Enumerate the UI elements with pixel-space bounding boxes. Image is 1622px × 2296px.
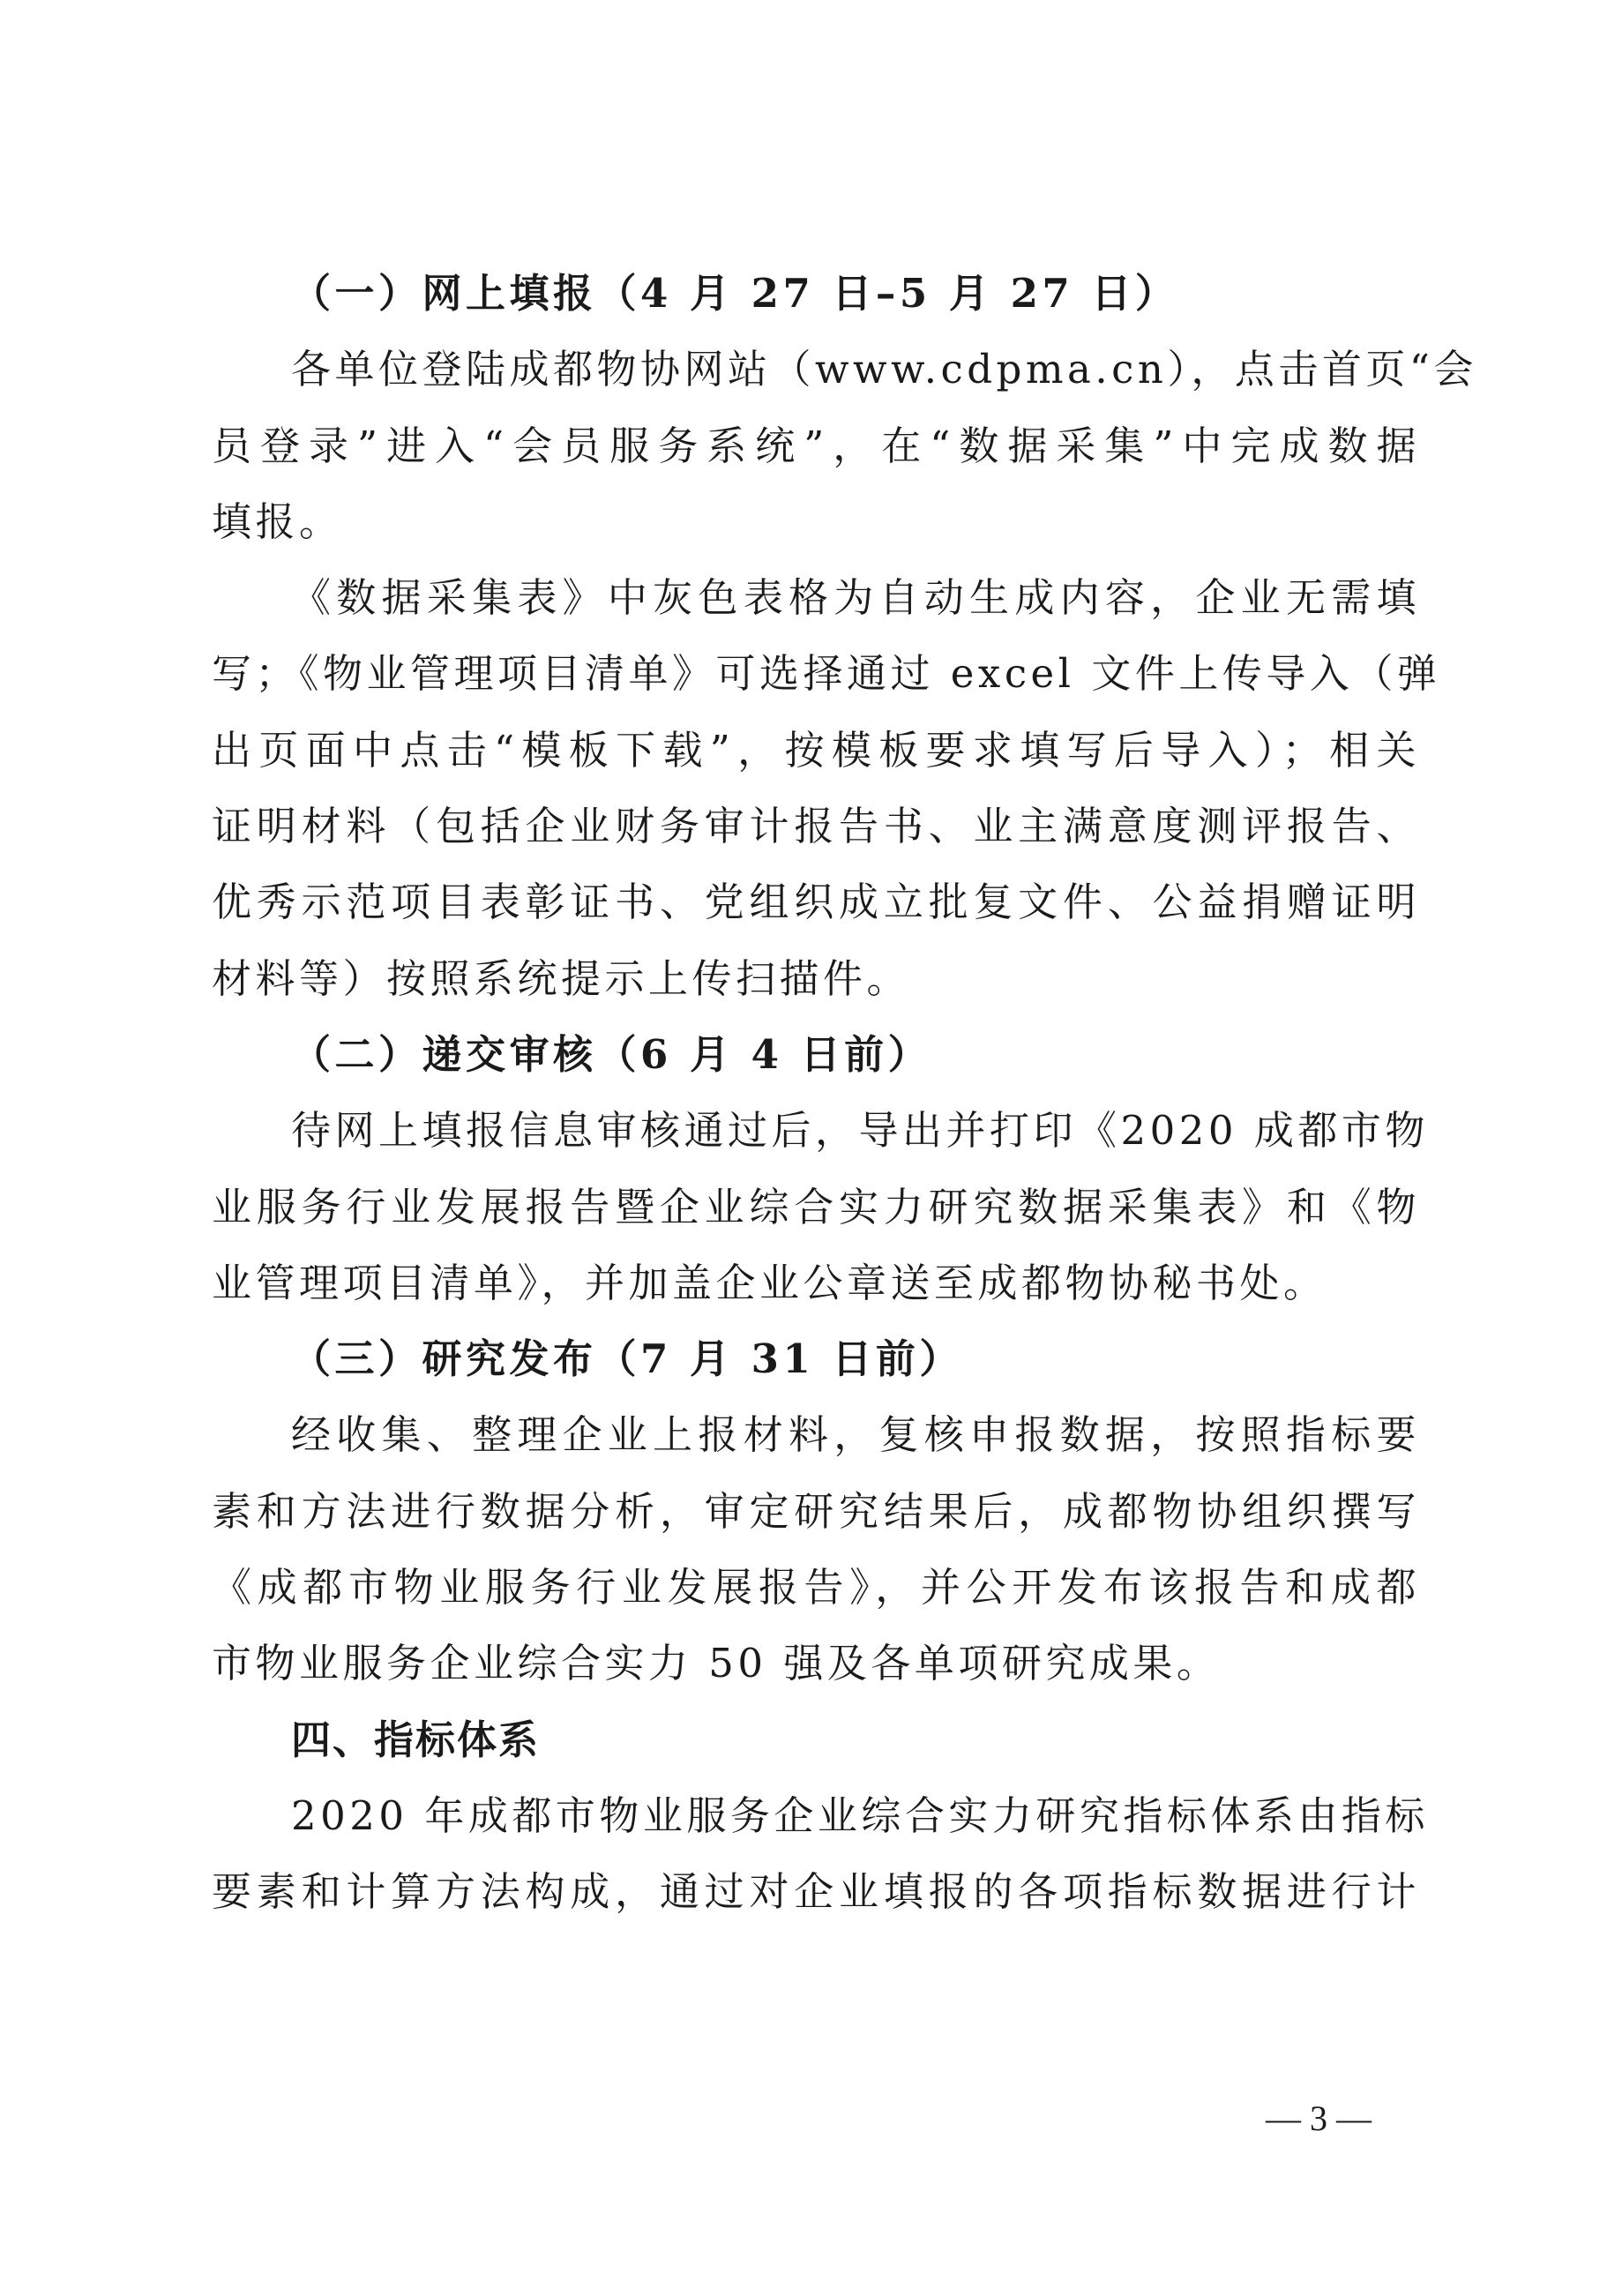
paragraph-line: 优秀示范项目表彰证书、党组织成立批复文件、公益捐赠证明 — [212, 864, 1420, 940]
indicator-system-paragraph: 2020 年成都市物业服务企业综合实力研究指标体系由指标 要素和计算方法构成，通… — [212, 1778, 1420, 1931]
paragraph-line: 市物业服务企业综合实力 50 强及各单项研究成果。 — [212, 1626, 1420, 1701]
submission-review-paragraph: 待网上填报信息审核通过后，导出并打印《2020 成都市物 业服务行业发展报告暨企… — [212, 1093, 1420, 1321]
online-filing-heading: （一）网上填报（4 月 27 日–5 月 27 日） — [212, 256, 1420, 332]
paragraph-line: 业管理项目清单》，并加盖企业公章送至成都物协秘书处。 — [212, 1245, 1420, 1321]
paragraph-line: 《数据采集表》中灰色表格为自动生成内容，企业无需填 — [212, 560, 1420, 636]
submission-review-heading: （二）递交审核（6 月 4 日前） — [212, 1017, 1420, 1093]
online-filing-paragraph-1: 各单位登陆成都物协网站（www.cdpma.cn），点击首页“会 员登录”进入“… — [212, 332, 1420, 560]
document-page: （一）网上填报（4 月 27 日–5 月 27 日） 各单位登陆成都物协网站（w… — [212, 256, 1420, 1931]
paragraph-line: 各单位登陆成都物协网站（www.cdpma.cn），点击首页“会 — [212, 332, 1420, 408]
paragraph-line: 出页面中点击“模板下载”，按模板要求填写后导入）；相关 — [212, 713, 1420, 789]
paragraph-line: 待网上填报信息审核通过后，导出并打印《2020 成都市物 — [212, 1093, 1420, 1169]
research-publication-paragraph: 经收集、整理企业上报材料，复核申报数据，按照指标要 素和方法进行数据分析，审定研… — [212, 1397, 1420, 1701]
paragraph-line: 员登录”进入“会员服务系统”，在“数据采集”中完成数据 — [212, 408, 1420, 484]
paragraph-line: 要素和计算方法构成，通过对企业填报的各项指标数据进行计 — [212, 1854, 1420, 1930]
paragraph-line: 素和方法进行数据分析，审定研究结果后，成都物协组织撰写 — [212, 1474, 1420, 1550]
paragraph-line: 填报。 — [212, 484, 1420, 560]
research-publication-heading: （三）研究发布（7 月 31 日前） — [212, 1321, 1420, 1397]
paragraph-line: 材料等）按照系统提示上传扫描件。 — [212, 941, 1420, 1017]
paragraph-line: 写；《物业管理项目清单》可选择通过 excel 文件上传导入（弹 — [212, 636, 1420, 712]
paragraph-line: 2020 年成都市物业服务企业综合实力研究指标体系由指标 — [212, 1778, 1420, 1854]
online-filing-paragraph-2: 《数据采集表》中灰色表格为自动生成内容，企业无需填 写；《物业管理项目清单》可选… — [212, 560, 1420, 1017]
indicator-system-heading: 四、指标体系 — [212, 1702, 1420, 1778]
paragraph-line: 业服务行业发展报告暨企业综合实力研究数据采集表》和《物 — [212, 1170, 1420, 1245]
page-number: — 3 — — [1235, 2098, 1402, 2139]
paragraph-line: 经收集、整理企业上报材料，复核申报数据，按照指标要 — [212, 1397, 1420, 1473]
paragraph-line: 《成都市物业服务行业发展报告》，并公开发布该报告和成都 — [212, 1550, 1420, 1626]
paragraph-line: 证明材料（包括企业财务审计报告书、业主满意度测评报告、 — [212, 789, 1420, 864]
